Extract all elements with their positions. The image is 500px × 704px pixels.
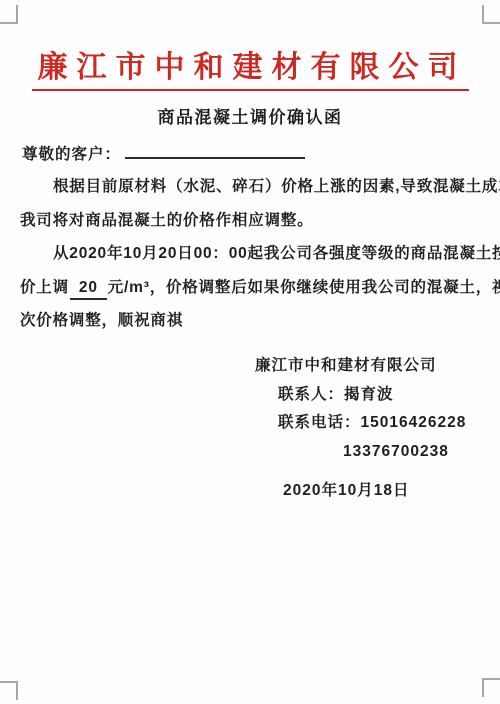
company-title: 廉江市中和建材有限公司	[32, 50, 469, 91]
signature-phone-number: 联系电话：15016426228	[278, 409, 466, 438]
paragraph1-line1: 根据目前原材料（水泥、碎石）价格上涨的因素,导致混凝土成本增加,现	[20, 170, 482, 204]
paragraph2-line1: 从2020年10月20日00：00起我公司各强度等级的商品混凝土按现供货单	[20, 237, 482, 271]
letter-date: 2020年10月18日	[283, 478, 409, 500]
paragraph2-line2: 价上调20元/m³，价格调整后如果你继续使用我公司的混凝土，视同确认此	[20, 271, 482, 305]
signature-company: 廉江市中和建材有限公司	[255, 352, 466, 381]
salutation-label: 尊敬的客户：	[22, 146, 121, 163]
paragraph2-line2-before: 价上调	[20, 279, 69, 296]
paragraph2-line2-after: 元/m³，价格调整后如果你继续使用我公司的混凝土，视同确认此	[108, 279, 500, 296]
signature-phone-number-2: 13376700238	[343, 438, 466, 467]
letter-body: 根据目前原材料（水泥、碎石）价格上涨的因素,导致混凝土成本增加,现 我司将对商品…	[20, 170, 482, 338]
signature-block: 廉江市中和建材有限公司 联系人：揭育波 联系电话：15016426228 133…	[255, 352, 466, 466]
crop-mark-top-right-icon	[482, 5, 500, 24]
letterhead: 廉江市中和建材有限公司	[0, 50, 500, 91]
subtitle-row: 商品混凝土调价确认函	[0, 103, 500, 128]
crop-mark-top-left-icon	[0, 5, 18, 24]
price-increase-value: 20	[70, 278, 107, 300]
salutation: 尊敬的客户：	[22, 142, 305, 164]
document-page: 廉江市中和建材有限公司 商品混凝土调价确认函 尊敬的客户： 根据目前原材料（水泥…	[0, 0, 500, 704]
paragraph2-line3: 次价格调整，顺祝商祺	[20, 304, 482, 338]
document-subtitle: 商品混凝土调价确认函	[158, 108, 343, 127]
crop-mark-bottom-right-icon	[482, 678, 500, 697]
customer-name-blank-line	[125, 144, 305, 159]
paragraph1-line2: 我司将对商品混凝土的价格作相应调整。	[20, 204, 482, 238]
signature-contact-person: 联系人：揭育波	[278, 381, 466, 410]
crop-mark-bottom-left-icon	[0, 681, 18, 700]
